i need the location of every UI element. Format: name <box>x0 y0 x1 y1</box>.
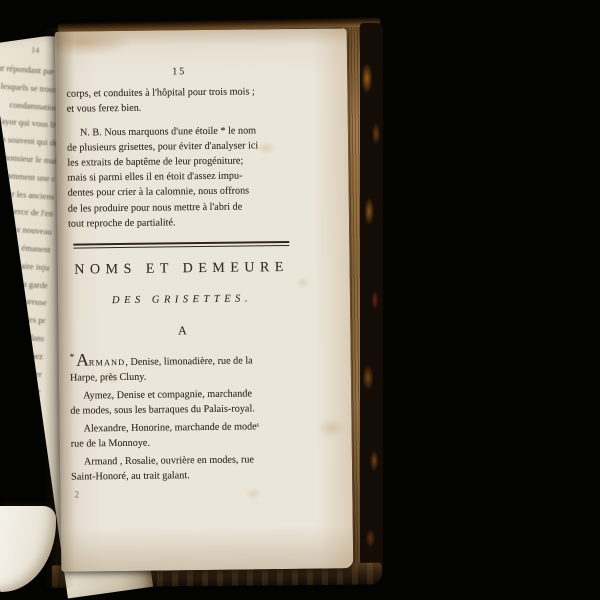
text-line: Saint-Honoré, au trait galant. <box>71 467 297 485</box>
left-page-text-fragment: dans le cas où <box>0 413 37 454</box>
left-page-corner-curl <box>0 506 56 592</box>
directory-entries: *ARMAND, Denise, limonadière, rue de laH… <box>70 347 298 485</box>
directory-entry: *ARMAND, Denise, limonadière, rue de laH… <box>70 347 296 386</box>
section-heading: NOMS ET DEMEURE <box>69 259 295 279</box>
text-line: rue de la Monnoye. <box>71 434 297 452</box>
left-page-text-fragment: à peine d'être app <box>0 466 34 507</box>
left-page-number: 14 <box>31 45 40 55</box>
book-photograph: 14 ur répondant par mlesquels se trouvec… <box>0 0 600 600</box>
text-line: tout reproche de partialité. <box>68 214 294 232</box>
paragraph: N. B. Nous marquons d'une étoile * le no… <box>67 123 294 232</box>
left-page-text-block: ur répondant par mlesquels se trouvecond… <box>0 40 63 508</box>
left-page-text-fragment: ment la demande de <box>0 431 36 472</box>
text-line: *ARMAND, Denise, limonadière, rue de la <box>70 347 296 371</box>
directory-entry: Armand , Rosalie, ouvrière en modes, rue… <box>71 452 297 485</box>
section-divider-rule <box>73 241 289 249</box>
section-subheading: DES GRISETTES. <box>69 291 295 309</box>
right-page-number: 15 <box>66 63 292 81</box>
text-line: Harpe, près Cluny. <box>70 368 296 386</box>
left-page-text-fragment: part, la présente <box>0 395 39 436</box>
signature-mark: 2 <box>74 486 297 504</box>
text-line: de modes, sous les barraques du Palais-r… <box>70 401 296 419</box>
asterisk-mark: * <box>70 352 75 362</box>
marbled-cover-edge <box>360 23 383 577</box>
left-page-text-fragment: lles de jour; à défaut <box>0 378 40 419</box>
directory-entry: Alexandre, Honorine, marchande de modeˢr… <box>70 419 296 452</box>
text-line: et vous ferez bien. <box>67 99 293 117</box>
directory-entry: Aymez, Denise et compagnie, marchandede … <box>70 386 296 419</box>
alphabet-section-letter: A <box>69 322 295 340</box>
paragraph: corps, et conduites à l'hôpital pour tro… <box>66 84 292 117</box>
large-initial-letter: A <box>76 350 89 370</box>
right-page-text-column: 15 corps, et conduites à l'hôpital pour … <box>66 63 297 504</box>
body-paragraphs: corps, et conduites à l'hôpital pour tro… <box>66 84 294 232</box>
entry-text: , Denise, limonadière, rue de la <box>125 356 252 369</box>
right-page: 15 corps, et conduites à l'hôpital pour … <box>55 28 354 572</box>
left-page-text-fragment: une expresse de <box>0 449 35 490</box>
small-caps-surname: RMAND <box>89 358 126 367</box>
